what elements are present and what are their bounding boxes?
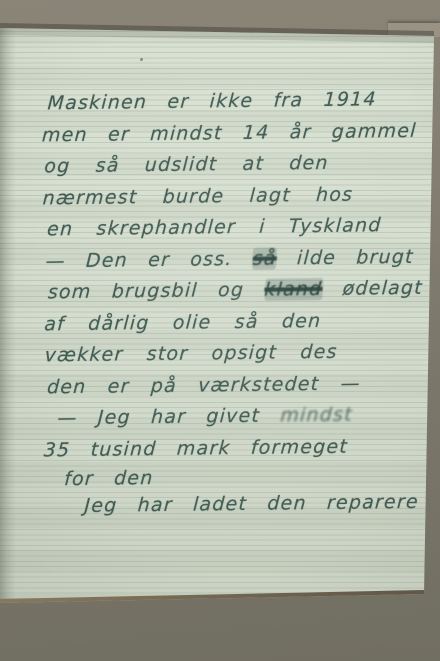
handwriting-text: Jeg har ladet den reparere [84,491,420,517]
handwriting: Maskinen er ikke fra 1914men er mindst 1… [41,84,438,521]
paper-speck [140,58,143,61]
handwriting-text: og så udslidt at den [44,152,330,177]
handwriting-text: af dårlig olie så den [44,309,322,334]
handwriting-text: ilde brugt [276,245,414,269]
handwriting-line: af dårlig olie så den [43,304,437,340]
handwriting-line: som brugsbil og kland ødelagt [47,273,437,309]
handwriting-text: men er mindst 14 år gammel [41,119,417,146]
handwriting-text: ødelagt [322,277,424,300]
handwriting-text: — Den er oss. [45,247,254,272]
handwriting-line: — Jeg har givet mindst [57,399,439,435]
photo-background: Maskinen er ikke fra 1914men er mindst 1… [0,0,440,661]
handwriting-text: den er på værkstedet — [46,372,361,398]
handwriting-line: Jeg har ladet den reparere [84,489,440,520]
handwriting-line: Maskinen er ikke fra 1914 [47,84,435,120]
handwriting-line: den er på værkstedet — [46,367,438,403]
scribbled-ink-text: kland [264,278,323,301]
handwriting-text: nærmest burde lagt hos [42,183,354,209]
handwriting-line: og så udslidt at den [43,147,435,183]
handwriting-text: Maskinen er ikke fra 1914 [47,88,377,114]
handwriting-text: for den [64,467,155,490]
handwriting-line: — Den er oss. så ilde brugt [45,241,437,277]
handwriting-text: — Jeg har givet [57,405,281,430]
handwriting-line: nærmest burde lagt hos [42,178,436,214]
handwriting-line: en skrephandler i Tyskland [46,210,436,246]
handwriting-text: som brugsbil og [47,279,265,304]
handwriting-line: 35 tusind mark formeget [43,430,439,466]
notebook-page: Maskinen er ikke fra 1914men er mindst 1… [0,0,440,661]
handwriting-line: men er mindst 14 år gammel [41,115,435,151]
binding-spine-shadow [0,0,16,661]
handwriting-text: en skrephandler i Tyskland [47,214,383,240]
scribbled-ink-text: så [252,247,277,269]
smudged-ink-text: mindst [280,404,354,427]
handwriting-line: vækker stor opsigt des [44,336,438,372]
handwriting-text: vækker stor opsigt des [44,341,338,367]
handwriting-text: 35 tusind mark formeget [43,435,348,461]
